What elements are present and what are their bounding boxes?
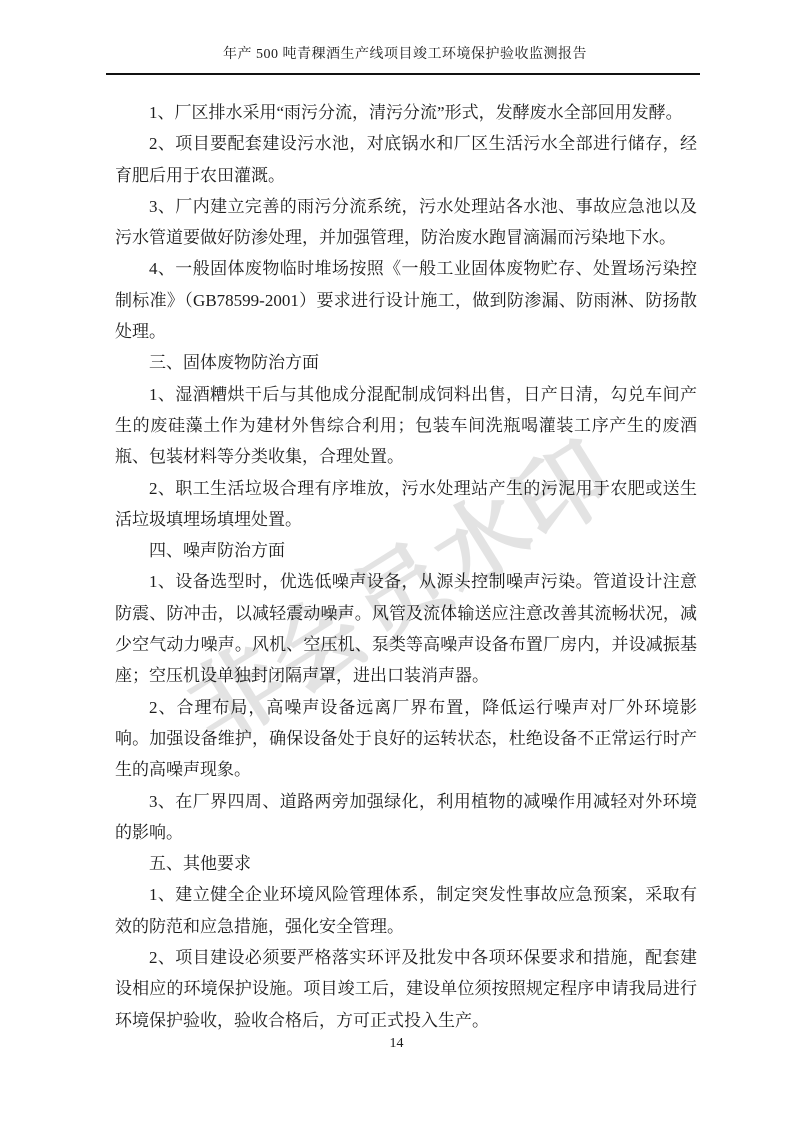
body-paragraph: 2、项目要配套建设污水池，对底锅水和厂区生活污水全部进行储存，经育肥后用于农田灌…	[115, 128, 697, 191]
body-paragraph: 2、项目建设必须要严格落实环评及批发中各项环保要求和措施，配套建设相应的环境保护…	[115, 942, 697, 1036]
document-body: 1、厂区排水采用“雨污分流，清污分流”形式，发酵废水全部回用发酵。2、项目要配套…	[115, 97, 697, 1036]
body-paragraph: 2、合理布局，高噪声设备远离厂界布置，降低运行噪声对厂外环境影响。加强设备维护，…	[115, 692, 697, 786]
body-paragraph: 4、一般固体废物临时堆场按照《一般工业固体废物贮存、处置场污染控制标准》（GB7…	[115, 253, 697, 347]
body-paragraph: 3、厂内建立完善的雨污分流系统，污水处理站各水池、事故应急池以及污水管道要做好防…	[115, 191, 697, 254]
page-header-title: 年产 500 吨青稞酒生产线项目竣工环境保护验收监测报告	[112, 46, 698, 72]
body-paragraph: 1、设备选型时，优选低噪声设备，从源头控制噪声污染。管道设计注意防震、防冲击，以…	[115, 566, 697, 691]
body-paragraph: 2、职工生活垃圾合理有序堆放，污水处理站产生的污泥用于农肥或送生活垃圾填埋场填埋…	[115, 473, 697, 536]
section-heading: 四、噪声防治方面	[115, 535, 697, 566]
section-heading: 五、其他要求	[115, 848, 697, 879]
body-paragraph: 3、在厂界四周、道路两旁加强绿化，利用植物的减噪作用减轻对外环境的影响。	[115, 786, 697, 849]
body-paragraph: 1、建立健全企业环境风险管理体系，制定突发性事故应急预案，采取有效的防范和应急措…	[115, 879, 697, 942]
page-number: 14	[0, 1036, 793, 1052]
document-page: 非会员水印 年产 500 吨青稞酒生产线项目竣工环境保护验收监测报告 1、厂区排…	[0, 0, 793, 1122]
body-paragraph: 1、湿酒糟烘干后与其他成分混配制成饲料出售，日产日清，勾兑车间产生的废硅藻土作为…	[115, 379, 697, 473]
section-heading: 三、固体废物防治方面	[115, 347, 697, 378]
body-paragraph: 1、厂区排水采用“雨污分流，清污分流”形式，发酵废水全部回用发酵。	[115, 97, 697, 128]
header-rule	[106, 73, 700, 75]
